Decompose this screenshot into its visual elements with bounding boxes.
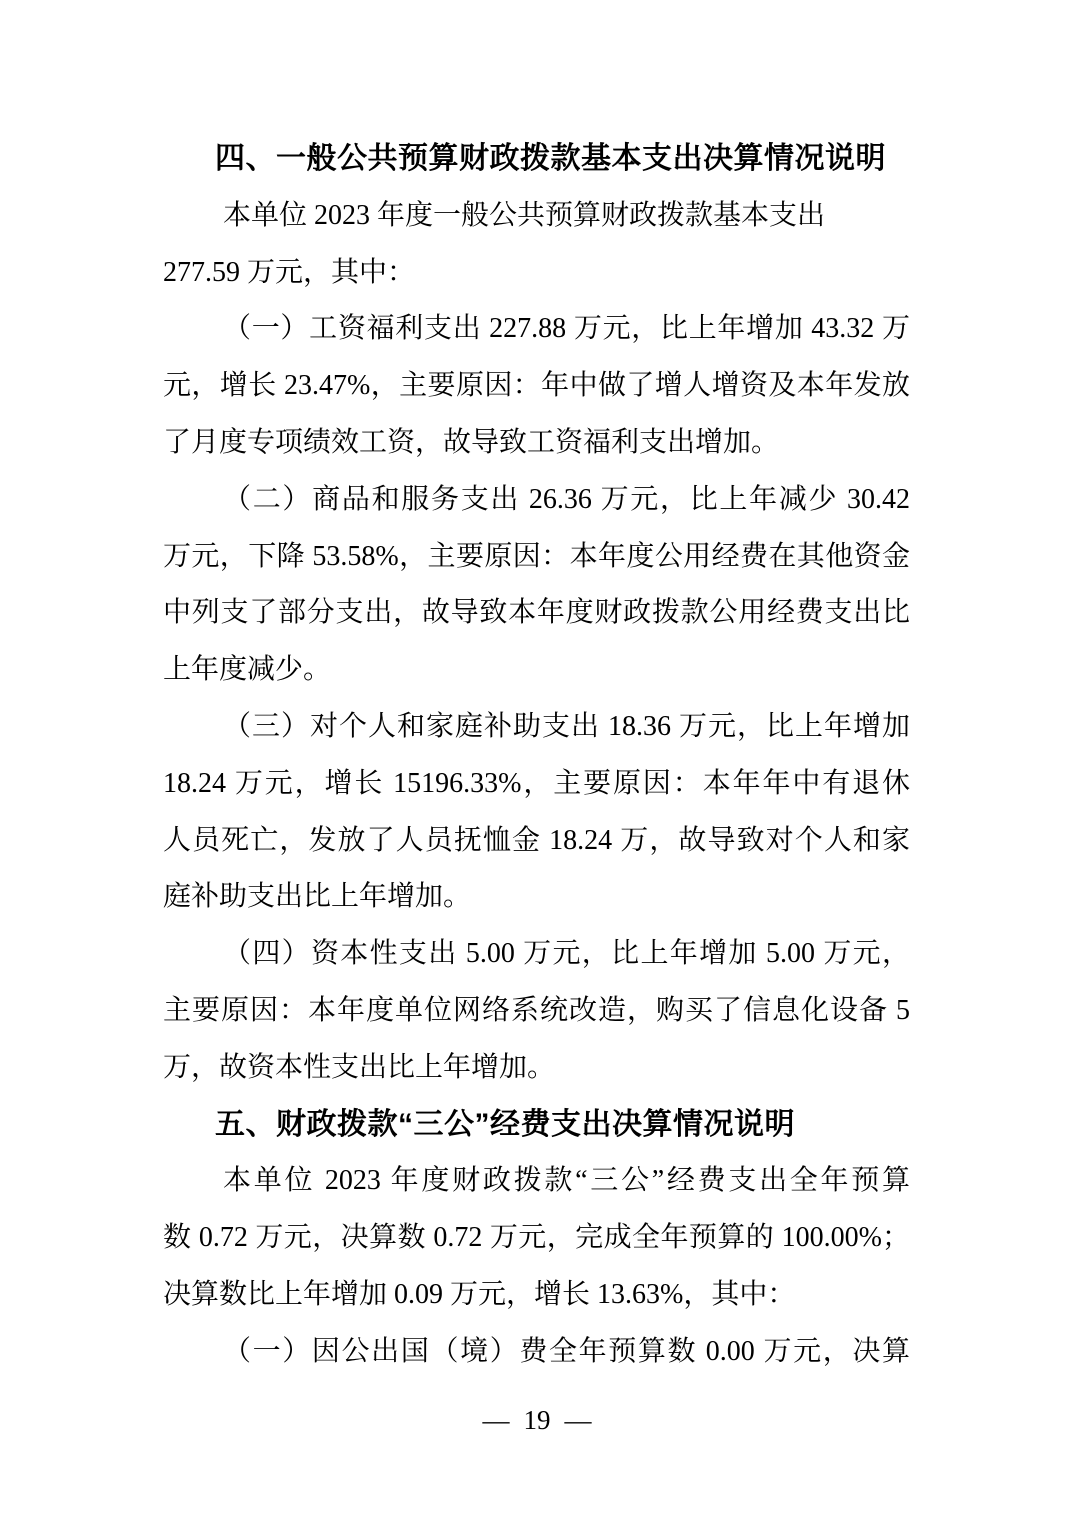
- text-line: 庭补助支出比上年增加。: [163, 869, 910, 926]
- text-line: 本单位 2023 年度一般公共预算财政拨款基本支出: [163, 188, 910, 245]
- text-line: （四）资本性支出 5.00 万元，比上年增加 5.00 万元，: [163, 926, 910, 983]
- footer-dash-right: —: [565, 1400, 592, 1440]
- text-line: 上年度减少。: [163, 642, 910, 699]
- text-line: 数 0.72 万元，决算数 0.72 万元，完成全年预算的 100.00%；: [163, 1210, 910, 1267]
- footer-dash-left: —: [483, 1400, 510, 1440]
- text-line: 本单位 2023 年度财政拨款“三公”经费支出全年预算: [163, 1153, 910, 1210]
- page-footer: —19—: [0, 1400, 1074, 1440]
- document-page: 四、一般公共预算财政拨款基本支出决算情况说明本单位 2023 年度一般公共预算财…: [0, 0, 1074, 1520]
- text-line: 了月度专项绩效工资，故导致工资福利支出增加。: [163, 415, 910, 472]
- text-line: 元，增长 23.47%，主要原因：年中做了增人增资及本年发放: [163, 358, 910, 415]
- text-line: 277.59 万元，其中：: [163, 245, 910, 302]
- document-body: 四、一般公共预算财政拨款基本支出决算情况说明本单位 2023 年度一般公共预算财…: [163, 131, 910, 1381]
- text-line: 万，故资本性支出比上年增加。: [163, 1040, 910, 1097]
- section-heading: 四、一般公共预算财政拨款基本支出决算情况说明: [163, 131, 910, 188]
- text-line: 万元，下降 53.58%，主要原因：本年度公用经费在其他资金: [163, 529, 910, 586]
- section-heading: 五、财政拨款“三公”经费支出决算情况说明: [163, 1097, 910, 1154]
- text-line: 中列支了部分支出，故导致本年度财政拨款公用经费支出比: [163, 585, 910, 642]
- text-line: 主要原因：本年度单位网络系统改造，购买了信息化设备 5: [163, 983, 910, 1040]
- text-line: （三）对个人和家庭补助支出 18.36 万元，比上年增加: [163, 699, 910, 756]
- text-line: （二）商品和服务支出 26.36 万元，比上年减少 30.42: [163, 472, 910, 529]
- text-line: 人员死亡，发放了人员抚恤金 18.24 万，故导致对个人和家: [163, 813, 910, 870]
- page-number: 19: [524, 1405, 551, 1435]
- text-line: 18.24 万元，增长 15196.33%，主要原因：本年年中有退休: [163, 756, 910, 813]
- text-line: （一）因公出国（境）费全年预算数 0.00 万元，决算: [163, 1324, 910, 1381]
- text-line: （一）工资福利支出 227.88 万元，比上年增加 43.32 万: [163, 301, 910, 358]
- text-line: 决算数比上年增加 0.09 万元，增长 13.63%，其中：: [163, 1267, 910, 1324]
